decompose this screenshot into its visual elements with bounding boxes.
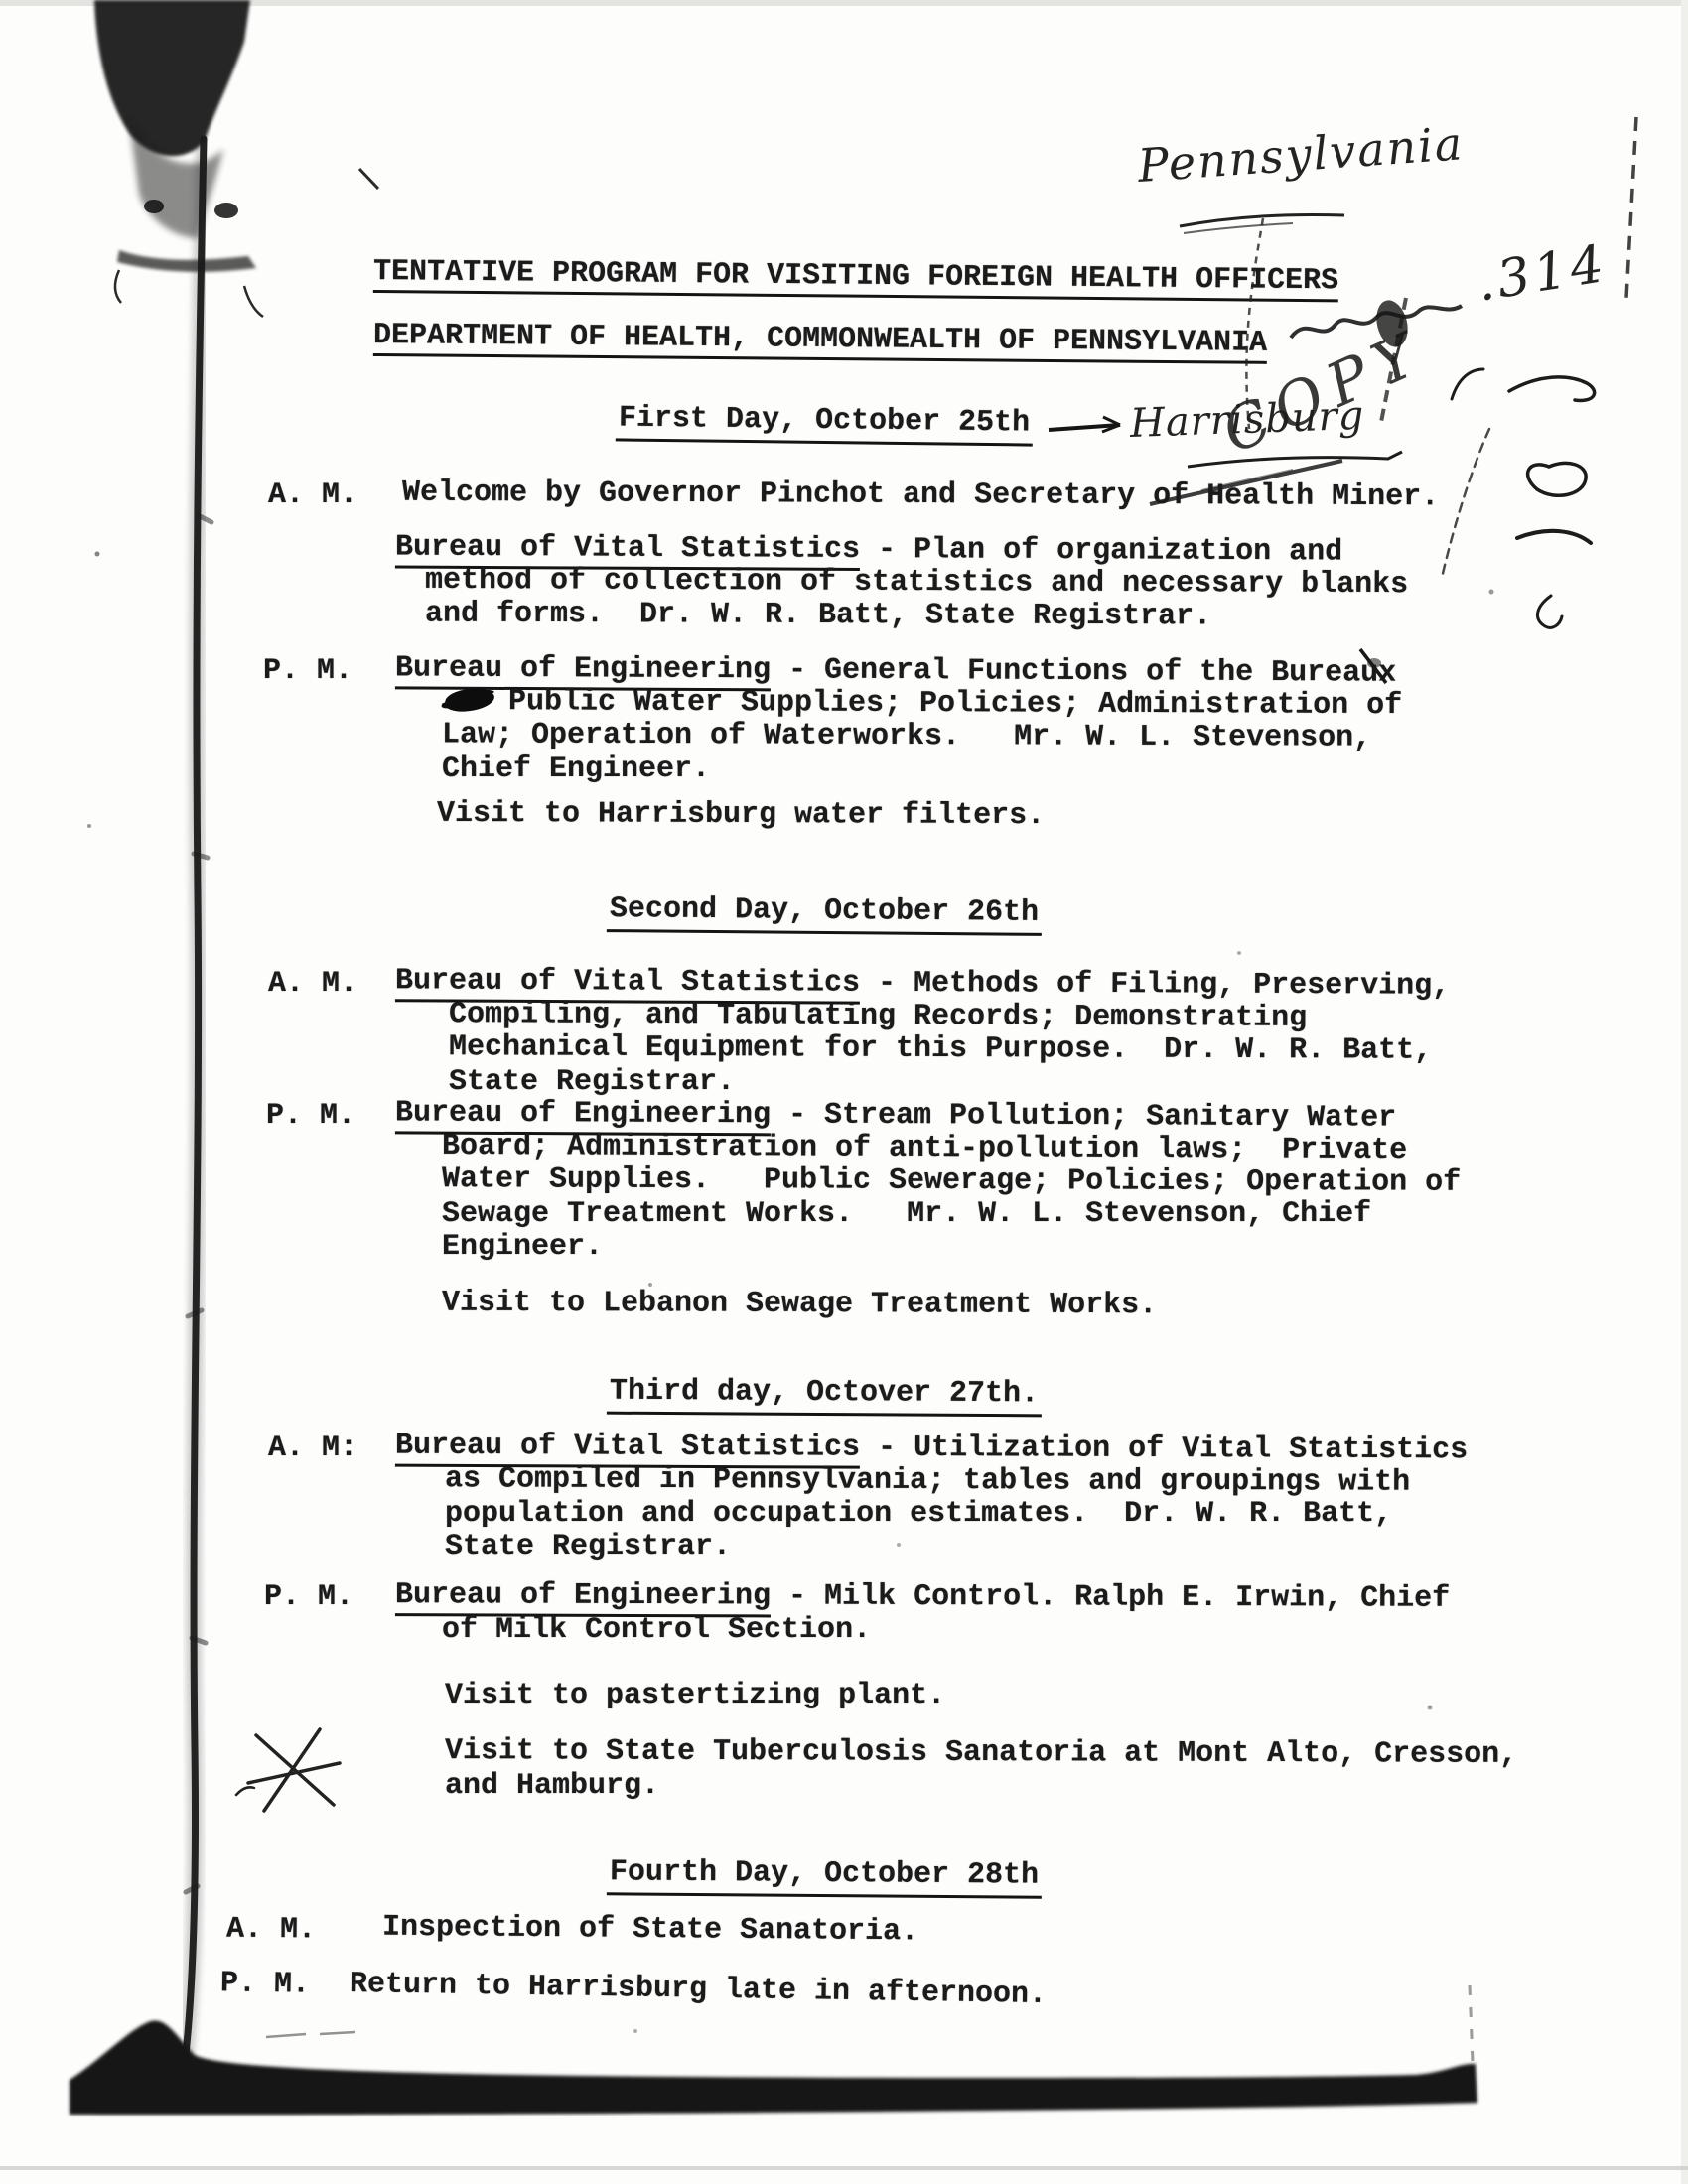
scan-right-edge — [1681, 0, 1688, 2184]
entry-line: Water Supplies. Public Sewerage; Policie… — [442, 1163, 1461, 1200]
entry-time-label: P. M. — [220, 1968, 311, 2001]
entry-line: Board; Administration of anti-pollution … — [442, 1131, 1407, 1167]
entry-line: Public Water Supplies; Policies; Adminis… — [445, 686, 1402, 723]
entry-line: Law; Operation of Waterworks. Mr. W. L. … — [442, 719, 1371, 754]
entry-line: of Milk Control Section. — [442, 1614, 871, 1647]
entry-line-text: - Utilization of Vital Statistics — [860, 1432, 1468, 1468]
bureau-name-underlined: Bureau of Engineering — [395, 1578, 771, 1617]
scan-top-edge — [0, 0, 1688, 6]
entry-line-text: - General Functions of the Bureaux — [771, 653, 1396, 690]
entry-line: Welcome by Governor Pinchot and Secretar… — [402, 478, 1439, 515]
entry-time-label: A. M. — [268, 968, 357, 1001]
entry-time-label: P. M. — [264, 1581, 353, 1614]
entry-line-text: - Stream Pollution; Sanitary Water — [771, 1098, 1396, 1135]
day-heading-text: Fourth Day, October 28th — [607, 1856, 1042, 1898]
entry-line: Sewage Treatment Works. Mr. W. L. Steven… — [442, 1198, 1371, 1231]
entry-time-label: A. M: — [268, 1433, 357, 1465]
day-heading-text: Third day, Octover 27th. — [607, 1376, 1042, 1418]
entry-line: Return to Harrisburg late in afternoon. — [350, 1969, 1048, 2012]
entry-line-text: Public Water Supplies; Policies; Adminis… — [508, 685, 1402, 723]
entry-line: Chief Engineer. — [442, 753, 710, 786]
day-heading-text: First Day, October 25th — [616, 402, 1034, 446]
binding-smudge — [94, 0, 256, 272]
binding-streak — [185, 139, 211, 2063]
ink-blot — [444, 686, 496, 713]
entry-line: Bureau of Engineering - Milk Control. Ra… — [395, 1579, 1450, 1616]
scan-bottom-edge-line — [0, 2166, 1688, 2170]
entry-line: Engineer. — [442, 1231, 603, 1264]
visit-line: and Hamburg. — [445, 1770, 659, 1803]
document-subtitle: DEPARTMENT OF HEALTH, COMMONWEALTH OF PE… — [373, 320, 1267, 360]
handwritten-underline-city — [1188, 452, 1402, 467]
entry-line-text: - Methods of Filing, Preserving, — [860, 967, 1450, 1004]
entry-line: method of collection of statistics and n… — [425, 565, 1408, 602]
entry-line: as Compiled in Pennsylvania; tables and … — [445, 1463, 1410, 1499]
entry-line: Bureau of Vital Statistics - Utilization… — [395, 1431, 1468, 1468]
day-heading-text: Second Day, October 26th — [607, 893, 1042, 936]
marginal-pen-line — [1626, 117, 1636, 298]
marginal-scribble-numbers — [1442, 369, 1595, 627]
entry-line-text: - Milk Control. Ralph E. Irwin, Chief — [771, 1579, 1450, 1615]
document-title: TENTATIVE PROGRAM FOR VISITING FOREIGN H… — [373, 256, 1338, 298]
entry-time-label: A. M. — [268, 479, 357, 512]
day-heading-fourth: Fourth Day, October 28th — [328, 1854, 1321, 1901]
document-subtitle-text: DEPARTMENT OF HEALTH, COMMONWEALTH OF PE… — [373, 319, 1267, 364]
visit-line: Visit to Harrisburg water filters. — [437, 798, 1045, 833]
handwritten-asterisk — [236, 1729, 340, 1811]
entry-line: State Registrar. — [449, 1066, 735, 1099]
handwritten-state-annotation: Pennsylvania — [1136, 116, 1466, 193]
entry-time-label: P. M. — [263, 655, 352, 688]
entry-time-label: P. M. — [266, 1100, 355, 1133]
handwritten-file-number: .314 — [1473, 234, 1612, 314]
entry-line-text: - Plan of organization and — [860, 533, 1342, 570]
visit-line: Visit to State Tuberculosis Sanatoria at… — [445, 1735, 1517, 1772]
day-heading-second: Second Day, October 26th — [328, 891, 1321, 939]
entry-line: State Registrar. — [445, 1531, 731, 1564]
entry-line: Mechanical Equipment for this Purpose. D… — [449, 1031, 1432, 1067]
day-heading-third: Third day, Octover 27th. — [328, 1374, 1321, 1419]
document-title-text: TENTATIVE PROGRAM FOR VISITING FOREIGN H… — [373, 255, 1338, 302]
entry-line: Compiling, and Tabulating Records; Demon… — [449, 999, 1307, 1035]
entry-line: Inspection of State Sanatoria. — [382, 1912, 918, 1950]
scanned-document-page: TENTATIVE PROGRAM FOR VISITING FOREIGN H… — [0, 0, 1688, 2184]
visit-line: Visit to Lebanon Sewage Treatment Works. — [442, 1288, 1157, 1323]
entry-time-label: A. M. — [226, 1914, 316, 1948]
visit-line: Visit to pastertizing plant. — [445, 1680, 945, 1712]
entry-line: and forms. Dr. W. R. Batt, State Registr… — [425, 599, 1211, 634]
entry-line: population and occupation estimates. Dr.… — [445, 1498, 1392, 1531]
